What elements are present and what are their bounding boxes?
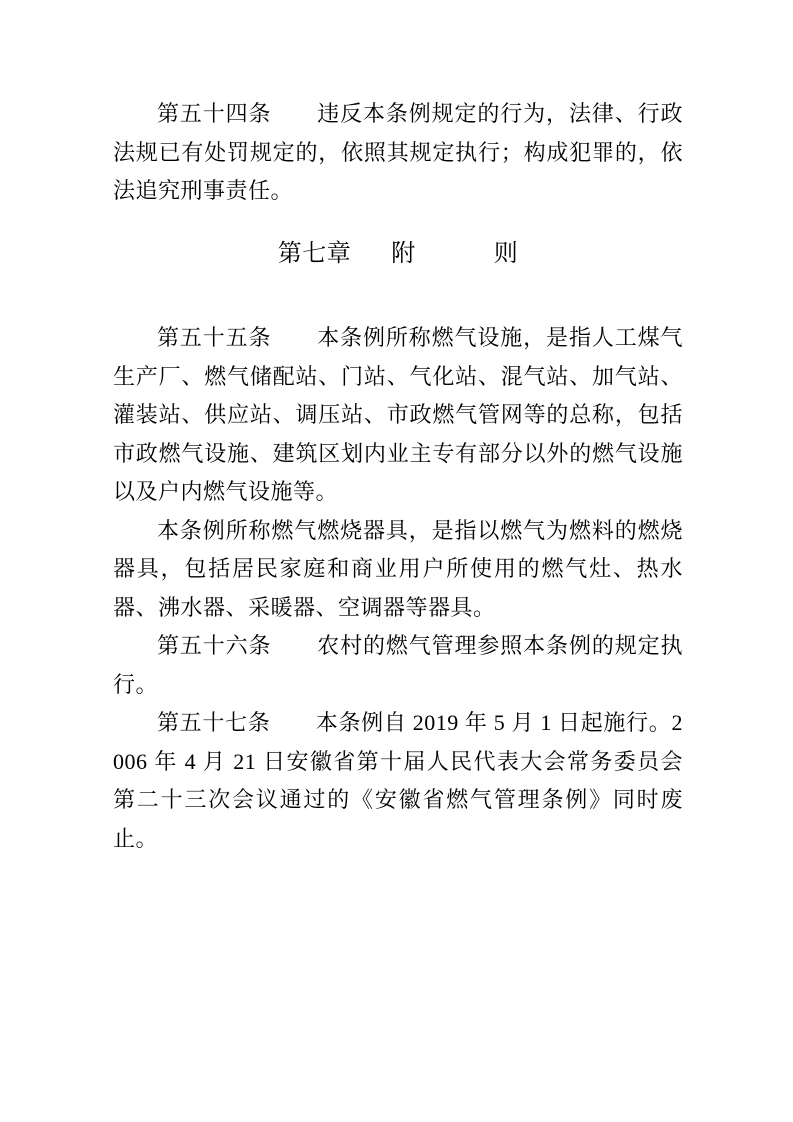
paragraph-article-55-clause-1: 第五十五条 本条例所称燃气设施，是指人工煤气生产厂、燃气储配站、门站、气化站、混… (113, 319, 683, 512)
paragraph-article-54: 第五十四条 违反本条例规定的行为，法律、行政法规已有处罚规定的，依照其规定执行；… (113, 95, 683, 211)
chapter-title-char-2: 则 (494, 241, 519, 267)
chapter-title-char-1: 附 (391, 241, 416, 267)
document-text-body: 第五十四条 违反本条例规定的行为，法律、行政法规已有处罚规定的，依照其规定执行；… (113, 95, 683, 858)
chapter-number: 第七章 (278, 241, 352, 267)
paragraph-article-55-clause-2: 本条例所称燃气燃烧器具，是指以燃气为燃料的燃烧器具，包括居民家庭和商业用户所使用… (113, 512, 683, 628)
paragraph-article-57: 第五十七条 本条例自 2019 年 5 月 1 日起施行。2006 年 4 月 … (113, 704, 683, 858)
paragraph-article-56: 第五十六条 农村的燃气管理参照本条例的规定执行。 (113, 627, 683, 704)
document-page: 第五十四条 违反本条例规定的行为，法律、行政法规已有处罚规定的，依照其规定执行；… (0, 0, 793, 1122)
chapter-heading: 第七章附则 (113, 235, 683, 274)
